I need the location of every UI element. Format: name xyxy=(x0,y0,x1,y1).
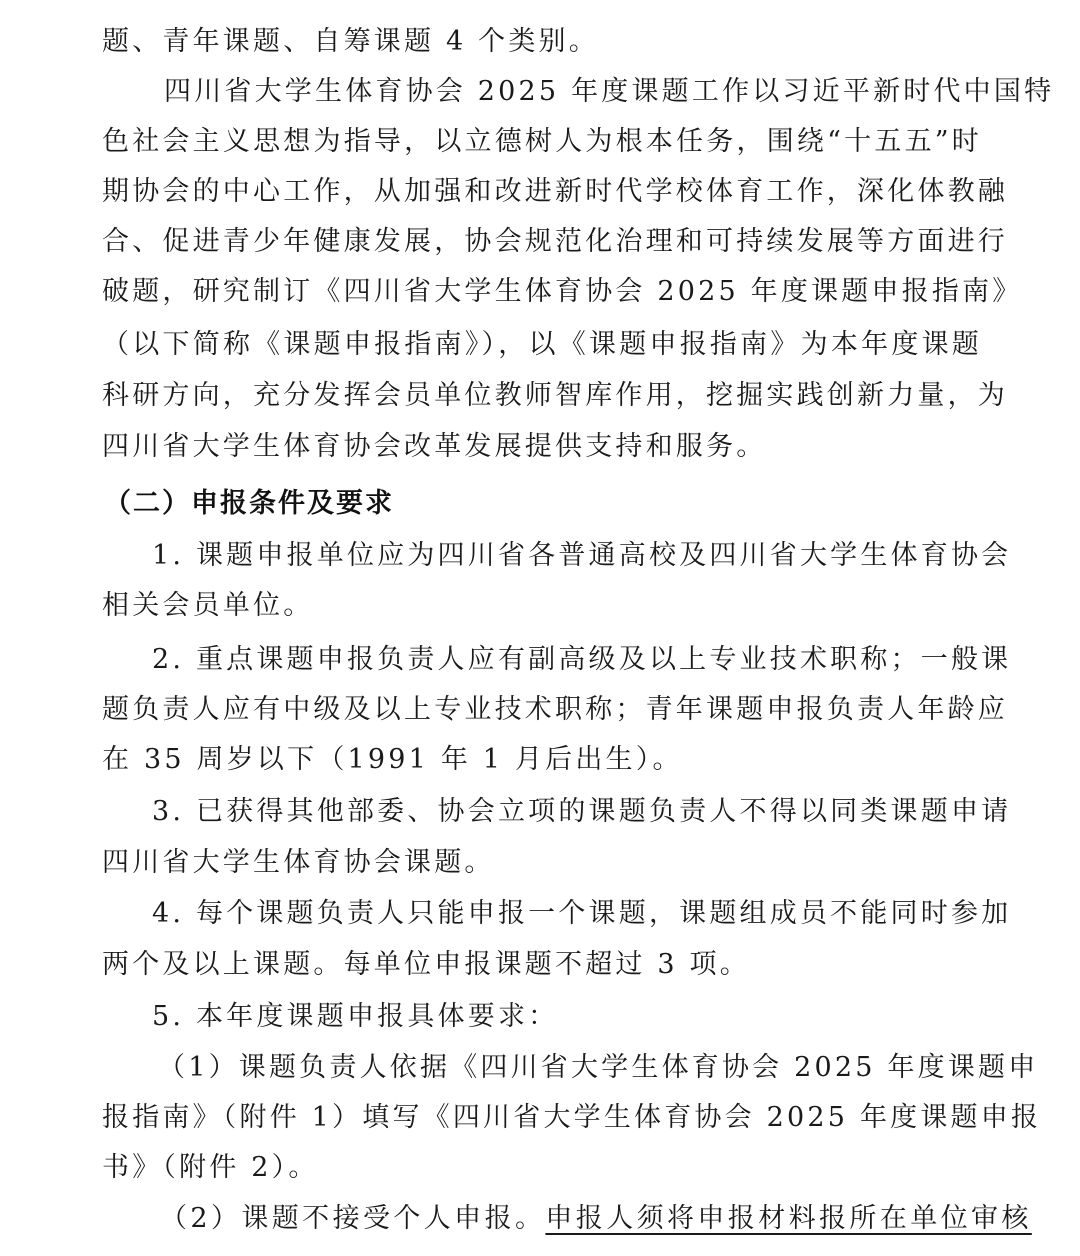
requirement-line: 书》（附件 2）。 xyxy=(102,1148,982,1188)
paragraph-line: 破题，研究制订《四川省大学生体育协会 2025 年度课题申报指南》 xyxy=(102,272,982,312)
paragraph-line: 题、青年课题、自筹课题 4 个类别。 xyxy=(102,22,982,62)
paragraph-line: 科研方向，充分发挥会员单位教师智库作用，挖掘实践创新力量，为 xyxy=(102,376,982,416)
requirement-line: 相关会员单位。 xyxy=(102,586,982,626)
final-line-plain: （2）课题不接受个人申报。 xyxy=(160,1203,545,1234)
requirement-line: 四川省大学生体育协会课题。 xyxy=(102,843,982,883)
requirement-line: 题负责人应有中级及以上专业技术职称；青年课题申报负责人年龄应 xyxy=(102,690,982,730)
final-line-underlined: 申报人须将申报材料报所在单位审核 xyxy=(545,1203,1031,1234)
paragraph-line: 合、促进青少年健康发展，协会规范化治理和可持续发展等方面进行 xyxy=(102,222,982,262)
requirement-line: 5. 本年度课题申报具体要求： xyxy=(152,997,982,1037)
requirement-line: 两个及以上课题。每单位申报课题不超过 3 项。 xyxy=(102,945,982,985)
paragraph-line: （以下简称《课题申报指南》），以《课题申报指南》为本年度课题 xyxy=(102,325,982,365)
paragraph-line: 四川省大学生体育协会改革发展提供支持和服务。 xyxy=(102,427,982,467)
requirement-line: （1）课题负责人依据《四川省大学生体育协会 2025 年度课题申 xyxy=(158,1048,982,1088)
requirement-line: 在 35 周岁以下（1991 年 1 月后出生）。 xyxy=(102,740,982,780)
paragraph-line: 色社会主义思想为指导，以立德树人为根本任务，围绕“十五五”时 xyxy=(102,122,982,162)
requirement-line: 4. 每个课题负责人只能申报一个课题，课题组成员不能同时参加 xyxy=(152,894,982,934)
paragraph-line: 四川省大学生体育协会 2025 年度课题工作以习近平新时代中国特 xyxy=(164,72,982,112)
requirement-line: 3. 已获得其他部委、协会立项的课题负责人不得以同类课题申请 xyxy=(152,792,982,832)
requirement-line: 2. 重点课题申报负责人应有副高级及以上专业技术职称；一般课 xyxy=(152,640,982,680)
requirement-line: 1. 课题申报单位应为四川省各普通高校及四川省大学生体育协会 xyxy=(152,536,982,576)
requirement-line-final: （2）课题不接受个人申报。申报人须将申报材料报所在单位审核 xyxy=(160,1199,982,1239)
paragraph-line: 期协会的中心工作，从加强和改进新时代学校体育工作，深化体教融 xyxy=(102,172,982,212)
requirement-line: 报指南》（附件 1）填写《四川省大学生体育协会 2025 年度课题申报 xyxy=(102,1098,982,1138)
section-heading: （二）申报条件及要求 xyxy=(104,484,984,524)
